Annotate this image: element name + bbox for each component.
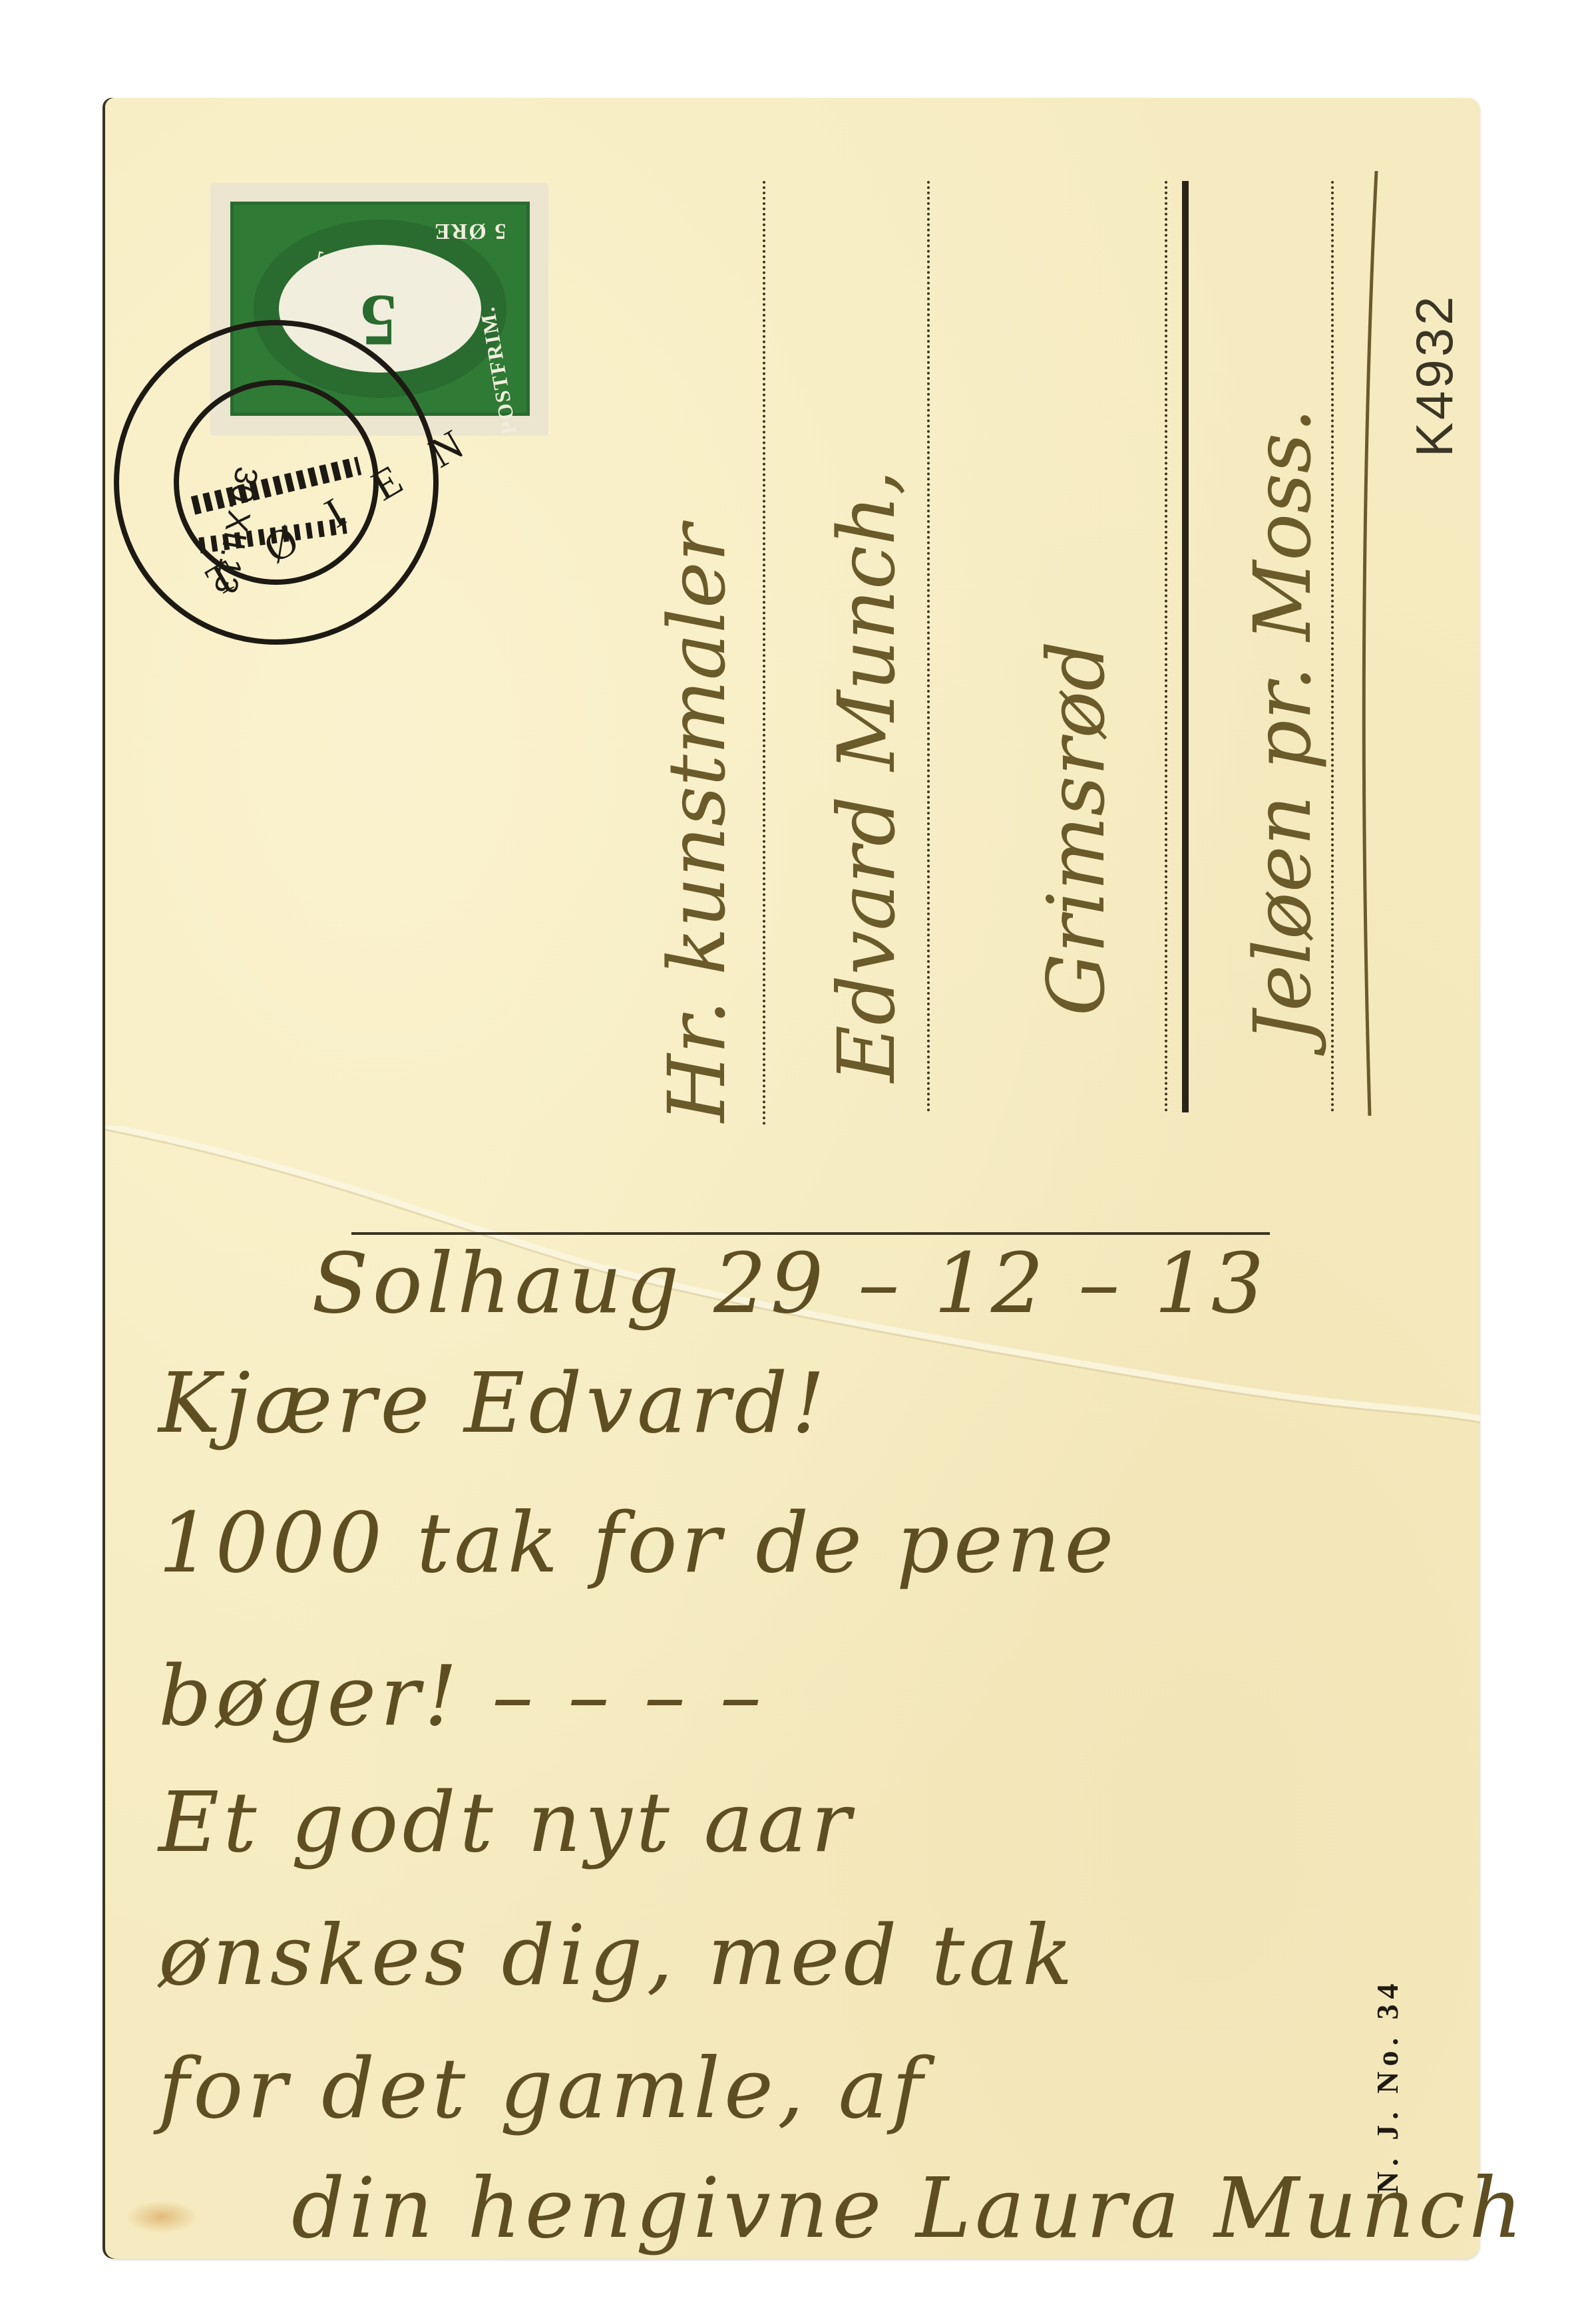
publisher-mark: N. J. No. 34 [1370, 1979, 1405, 2194]
postcard: NORGE 5 ØRE POSTFRIM. 5 TØIEN 30.XII.13 … [105, 98, 1480, 2259]
message-line-4: Et godt nyt aar [158, 1774, 855, 1871]
message-line-6: for det gamle, af [158, 2041, 926, 2137]
stamp-denomination: 5 [360, 278, 397, 363]
address-line-1: Hr. kunstmaler [651, 524, 743, 1122]
address-line-3-rule [1165, 181, 1167, 1112]
address-line-3: Grimsrød [1030, 641, 1122, 1016]
stamp-value-text: 5 ØRE [433, 218, 506, 244]
address-line-2: Edvard Munch, [821, 470, 912, 1082]
address-underline [1350, 171, 1390, 1116]
message-line-3: bøger! – – – – [158, 1648, 765, 1744]
address-line-4: Jeløen pr. Moss. [1237, 408, 1328, 1043]
address-line-1-rule [763, 181, 765, 1126]
address-heavy-rule [1182, 181, 1189, 1112]
postage-stamp: NORGE 5 ØRE POSTFRIM. 5 [210, 183, 548, 436]
address-line-4-rule [1331, 181, 1334, 1112]
message-line-5: ønskes dig, med tak [158, 1908, 1077, 2004]
stamp-frame: NORGE 5 ØRE POSTFRIM. 5 [230, 202, 530, 416]
rust-stain [125, 2200, 198, 2234]
archive-number: K4932 [1404, 293, 1465, 457]
message-line-2: 1000 tak for de pene [158, 1495, 1117, 1591]
message-divider [351, 1232, 1270, 1235]
message-place-date: Solhaug 29 – 12 – 13 [311, 1236, 1268, 1332]
address-line-2-rule [927, 181, 930, 1112]
message-signature: din hengivne Laura Munch [292, 2160, 1527, 2257]
message-line-1: Kjære Edvard! [158, 1355, 829, 1452]
